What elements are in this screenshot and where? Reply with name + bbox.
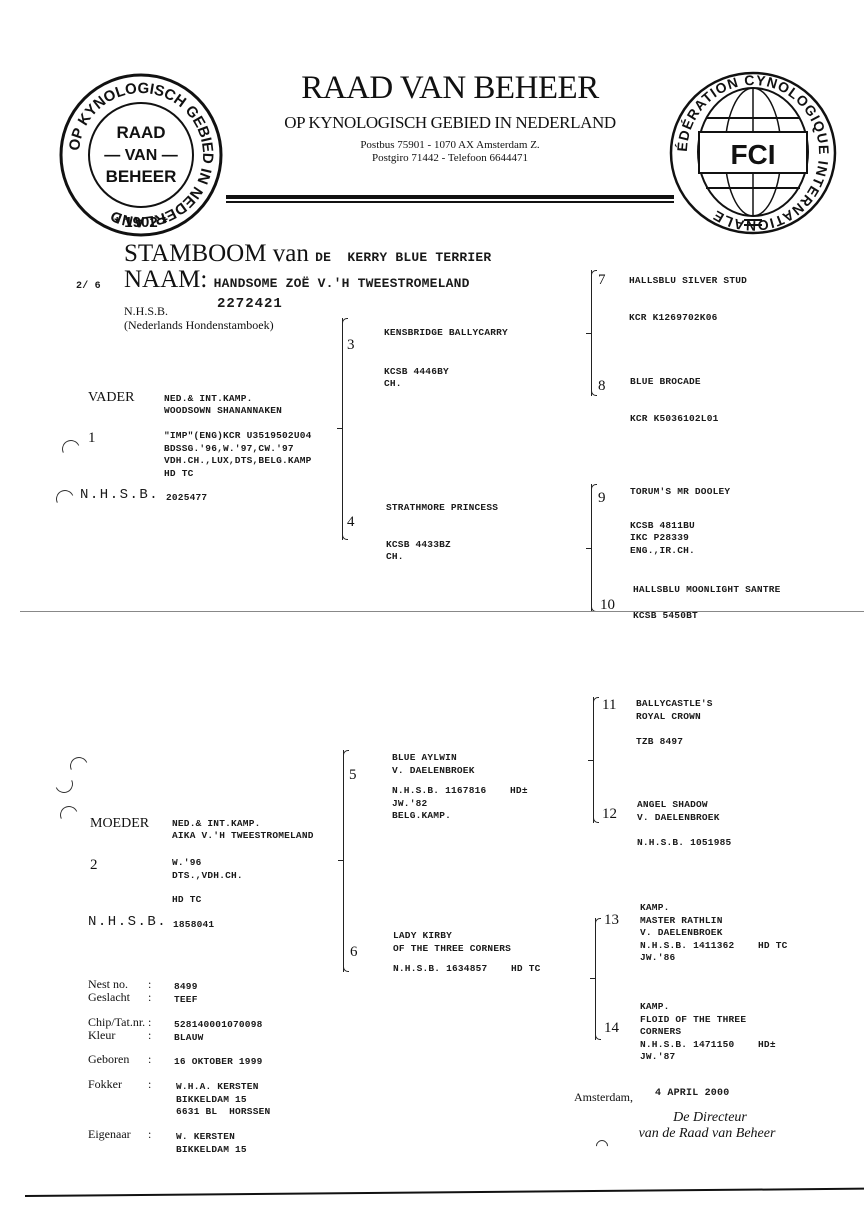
signature-line-2: van de Raad van Beheer [622,1126,792,1142]
nhsb-caption: (Nederlands Hondenstamboek) [124,318,274,333]
great-grandparent-9: TORUM'S MR DOOLEY KCSB 4811BU IKC P28339… [630,486,730,557]
pedigree-line: OF THE THREE CORNERS [393,943,541,956]
pedigree-line [633,597,781,610]
fci-seal-icon: FÉDÉRATION CYNOLOGIQUE INTERNATIONALE FC… [668,70,838,236]
great-grandparent-13: KAMP. MASTER RATHLIN V. DAELENBROEK N.H.… [640,902,788,965]
info-colon: : [148,991,151,1004]
pedigree-line: ENG.,IR.CH. [630,545,730,558]
father-details: "IMP"(ENG)KCR U3519502U04 BDSSG.'96,W.'9… [164,430,312,480]
punch-hole-mark [67,754,90,777]
pedigree-line: JW.'86 [640,952,788,965]
pedigree-line: STRATHMORE PRINCESS [386,502,498,515]
punch-hole-mark [59,437,82,460]
pedigree-line: ANGEL SHADOW [637,799,731,812]
info-value: BLAUW [174,1032,204,1045]
pedigree-line: HALLSBLU MOONLIGHT SANTRE [633,584,781,597]
grandparent-4: STRATHMORE PRINCESS KCSB 4433BZ CH. [386,502,498,564]
mother-details: W.'96 DTS.,VDH.CH. [172,857,243,882]
pedigree-line: KCR K1269702K06 [629,312,747,325]
father-title: NED.& INT.KAMP. [164,393,253,406]
pedigree-line: MASTER RATHLIN [640,915,788,928]
pedigree-line: N.H.S.B. 1471150 HD± [640,1039,776,1052]
pedigree-line: KAMP. [640,902,788,915]
pedigree-line: V. DAELENBROEK [637,812,731,825]
punch-hole-mark [594,1138,611,1155]
pedigree-line: CH. [386,551,498,564]
pedigree-bracket [591,270,592,396]
info-colon: : [148,1128,151,1141]
info-label: Geslacht [88,991,130,1004]
pedigree-line: BLUE BROCADE [630,376,719,389]
father-nhsb: 2025477 [166,492,207,505]
grandparent-number: 6 [350,944,358,961]
signature-line-1: De Directeur [630,1110,790,1126]
punch-hole-mark [57,803,80,826]
pedigree-line [393,955,541,963]
nhsb-label: N.H.S.B. [124,304,168,319]
mother-name: AIKA V.'H TWEESTROMELAND [172,830,314,843]
address-line-1: Postbus 75901 - 1070 AX Amsterdam Z. [300,139,600,151]
pedigree-line [637,824,731,837]
grandparent-number: 3 [347,337,355,354]
pedigree-line: JW.'87 [640,1051,776,1064]
pedigree-line: LADY KIRBY [393,930,541,943]
svg-text:FCI: FCI [730,139,775,170]
grandparent-5: BLUE AYLWIN V. DAELENBROEK N.H.S.B. 1167… [392,752,528,823]
organization-title: RAAD VAN BEHEER [270,70,630,107]
pedigree-line [629,288,747,312]
great-grandparent-number: 12 [602,806,617,823]
pedigree-bracket [343,750,344,972]
pedigree-line: ROYAL CROWN [636,711,713,724]
pedigree-line: JW.'82 [392,798,528,811]
mother-number: 2 [90,857,98,874]
mother-health: HD TC [172,894,202,907]
pedigree-line: KENSBRIDGE BALLYCARRY [384,327,508,340]
pedigree-bracket [591,484,592,612]
pedigree-line: V. DAELENBROEK [392,765,528,778]
grandparent-number: 5 [349,767,357,784]
info-value: W.H.A. KERSTEN BIKKELDAM 15 6631 BL HORS… [176,1081,270,1119]
pedigree-line [636,723,713,736]
grandparent-number: 4 [347,514,355,531]
bottom-edge-line [25,1188,864,1197]
pedigree-line [630,389,719,413]
punch-hole-mark [52,772,75,795]
info-value: 16 OKTOBER 1999 [174,1056,263,1069]
pedigree-bracket [593,697,594,823]
father-name: WOODSOWN SHANANNAKEN [164,405,282,418]
punch-hole-mark [53,487,76,510]
father-detail-line: VDH.CH.,LUX,DTS,BELG.KAMP [164,455,312,468]
pedigree-line: KCSB 4446BY [384,366,508,379]
info-value: 528140001070098 [174,1019,263,1032]
header-rule-thick [226,195,674,199]
pedigree-line: N.H.S.B. 1051985 [637,837,731,850]
info-label: Fokker [88,1078,122,1091]
grandparent-3: KENSBRIDGE BALLYCARRY KCSB 4446BY CH. [384,327,508,391]
great-grandparent-number: 9 [598,490,606,507]
mother-title: NED.& INT.KAMP. [172,818,261,831]
mother-label: MOEDER [90,816,149,832]
svg-text:BEHEER: BEHEER [106,167,177,186]
info-label: Geboren [88,1053,129,1066]
info-label: Eigenaar [88,1128,131,1141]
pedigree-line: IKC P28339 [630,532,730,545]
breed-name: KERRY BLUE TERRIER [347,250,491,265]
raad-van-beheer-seal-icon: OP KYNOLOGISCH GEBIED IN NEDERLAND RAAD … [58,72,224,238]
organization-subtitle: OP KYNOLOGISCH GEBIED IN NEDERLAND [250,113,650,133]
pedigree-line: N.H.S.B. 1411362 HD TC [640,940,788,953]
pedigree-line: BELG.KAMP. [392,810,528,823]
info-label: Kleur [88,1029,115,1042]
page-marker: 2/ 6 [76,281,101,294]
pedigree-line: N.H.S.B. 1167816 HD± [392,785,528,798]
pedigree-line: HALLSBLU SILVER STUD [629,275,747,288]
great-grandparent-10: HALLSBLU MOONLIGHT SANTRE KCSB 5450BT [633,584,781,622]
issue-date: 4 APRIL 2000 [655,1088,729,1101]
header-rule-thin [226,201,674,203]
great-grandparent-8: BLUE BROCADE KCR K5036102L01 [630,376,719,425]
info-colon: : [148,1053,151,1066]
naam-row: NAAM: HANDSOME ZOË V.'H TWEESTROMELAND [124,266,470,294]
great-grandparent-7: HALLSBLU SILVER STUD KCR K1269702K06 [629,275,747,324]
pedigree-line: V. DAELENBROEK [640,927,788,940]
great-grandparent-number: 11 [602,697,616,714]
info-value: 8499 [174,981,198,994]
svg-text:— VAN —: — VAN — [104,147,177,164]
pedigree-line: BALLYCASTLE'S [636,698,713,711]
svg-text:RAAD: RAAD [116,123,165,142]
address-line-2: Postgiro 71442 - Telefoon 6644471 [300,152,600,164]
pedigree-line: N.H.S.B. 1634857 HD TC [393,963,541,976]
pedigree-line: TORUM'S MR DOOLEY [630,486,730,499]
pedigree-line: FLOID OF THE THREE [640,1014,776,1027]
pedigree-line: KCR K5036102L01 [630,413,719,426]
father-label: VADER [88,390,134,406]
father-nhsb-label: N.H.S.B. [80,489,159,502]
great-grandparent-12: ANGEL SHADOW V. DAELENBROEK N.H.S.B. 105… [637,799,731,850]
info-colon: : [148,1029,151,1042]
pedigree-line [386,515,498,539]
grandparent-6: LADY KIRBY OF THE THREE CORNERS N.H.S.B.… [393,930,541,976]
issue-place: Amsterdam, [574,1090,633,1105]
stamboom-label: STAMBOOM van DE KERRY BLUE TERRIER [124,240,491,268]
pedigree-line: CORNERS [640,1026,776,1039]
paper-fold-line [20,611,864,612]
pedigree-line [630,499,730,520]
mother-nhsb-label: N.H.S.B. [88,916,167,929]
father-number: 1 [88,430,96,447]
info-value: W. KERSTEN BIKKELDAM 15 [176,1131,247,1156]
father-detail-line: "IMP"(ENG)KCR U3519502U04 [164,430,312,443]
info-colon: : [148,1078,151,1091]
great-grandparent-11: BALLYCASTLE'S ROYAL CROWN TZB 8497 [636,698,713,749]
mother-detail-line: DTS.,VDH.CH. [172,870,243,883]
mother-nhsb: 1858041 [173,919,214,932]
info-value: TEEF [174,994,198,1007]
pedigree-line: BLUE AYLWIN [392,752,528,765]
father-detail-line: BDSSG.'96,W.'97,CW.'97 [164,443,312,456]
dog-name: HANDSOME ZOË V.'H TWEESTROMELAND [214,276,470,291]
pedigree-line: TZB 8497 [636,736,713,749]
great-grandparent-number: 7 [598,272,606,289]
pedigree-line [392,777,528,785]
great-grandparent-number: 14 [604,1020,619,1037]
great-grandparent-number: 13 [604,912,619,929]
nhsb-number: 2272421 [217,298,283,311]
stamboom-text: STAMBOOM van [124,240,309,267]
pedigree-line: KAMP. [640,1001,776,1014]
father-detail-line: HD TC [164,468,312,481]
pedigree-bracket [342,318,343,540]
great-grandparent-number: 8 [598,378,606,395]
breed-prefix: DE [315,250,331,265]
pedigree-line: CH. [384,378,508,391]
pedigree-line: KCSB 4433BZ [386,539,498,552]
pedigree-line [384,340,508,366]
pedigree-line: KCSB 4811BU [630,520,730,533]
mother-detail-line: W.'96 [172,857,243,870]
great-grandparent-14: KAMP. FLOID OF THE THREE CORNERS N.H.S.B… [640,1001,776,1064]
svg-text:* 1902 *: * 1902 * [114,214,168,231]
naam-label: NAAM: [124,266,207,293]
pedigree-bracket [595,918,596,1040]
